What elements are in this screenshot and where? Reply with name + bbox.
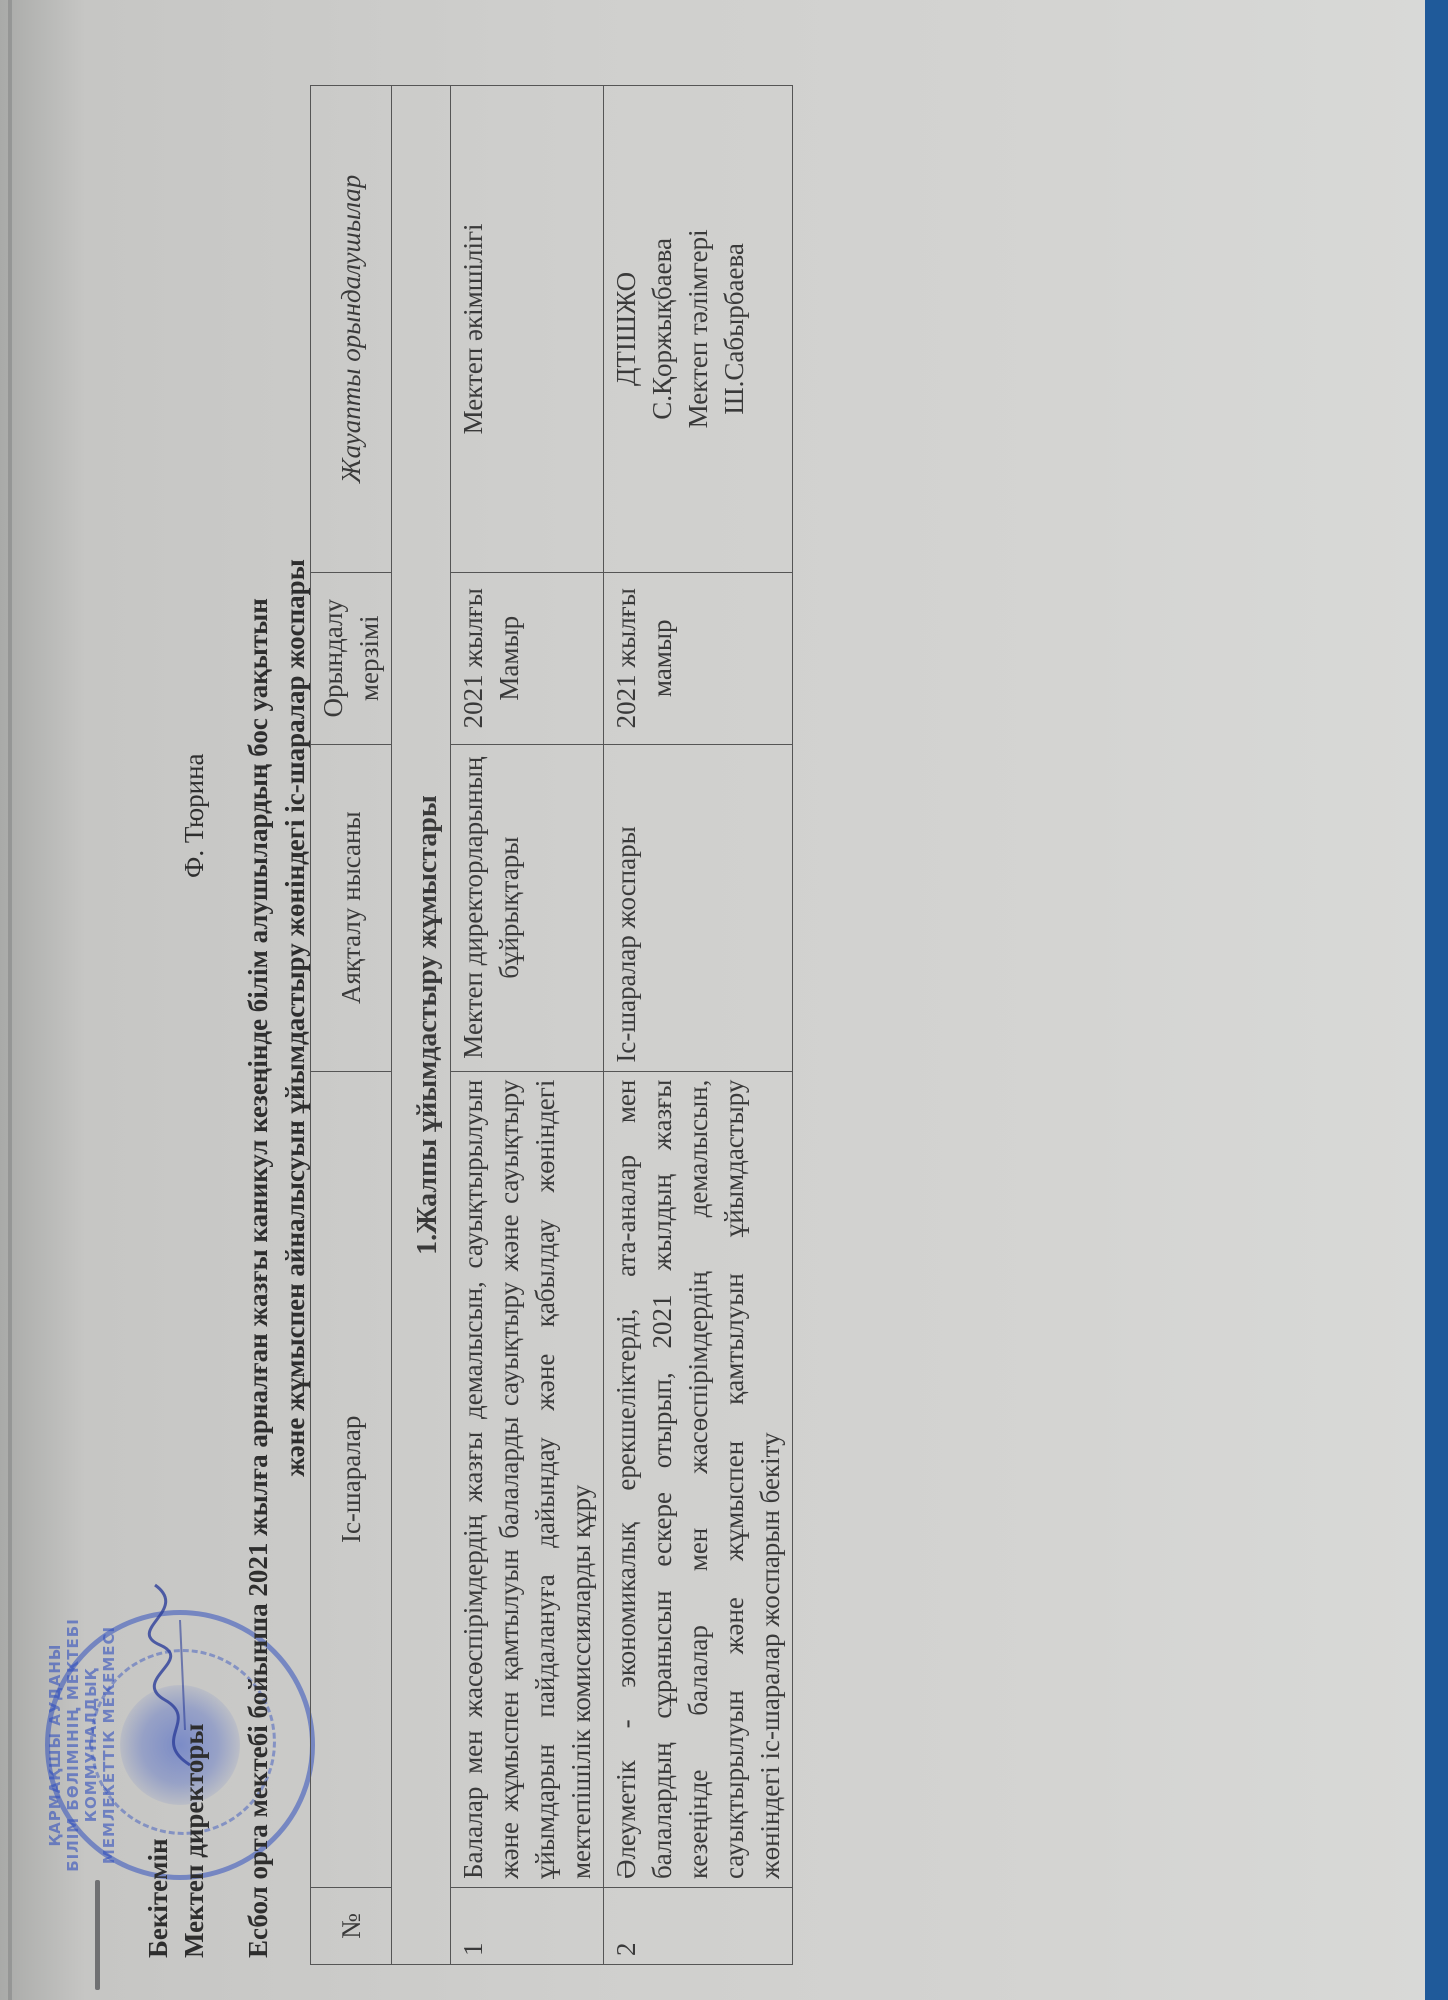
row-num: 2 xyxy=(604,1888,793,1965)
row-responsible: ДТІШЖО С.Қоржықбаева Мектеп тәлімгері Ш.… xyxy=(604,86,793,573)
row-responsible: Мектеп әкімшілігі xyxy=(451,86,604,573)
title-line-1: Есбол орта мектебі бойынша 2021 жылға ар… xyxy=(243,598,273,1958)
director-name: Ф. Тюрина xyxy=(176,753,212,878)
header-responsible: Жауапты орындалушылар xyxy=(311,86,392,573)
row-activity: Әлеуметік - экономикалық ерекшеліктерді,… xyxy=(604,1071,793,1887)
row-completion-form: Мектеп директорларының бұйрықтары xyxy=(451,744,604,1071)
section-title: 1.Жалпы ұйымдастыру жұмыстары xyxy=(392,86,451,1965)
row-deadline: 2021 жылғы мамыр xyxy=(604,572,793,744)
row-deadline: 2021 жылғы Мамыр xyxy=(451,572,604,744)
approve-label: Бекітемін xyxy=(140,1724,176,1959)
director-label: Мектеп директоры xyxy=(176,1724,212,1959)
approval-block: Бекітемін Мектеп директоры Ф. Тюрина xyxy=(140,1724,212,1959)
row-completion-form: Іс-шаралар жоспары xyxy=(604,744,793,1071)
section-row: 1.Жалпы ұйымдастыру жұмыстары xyxy=(392,86,451,1965)
table-row: 1 Балалар мен жасөспірімдердің жазғы дем… xyxy=(451,86,604,1965)
row-activity: Балалар мен жасөспірімдердің жазғы демал… xyxy=(451,1071,604,1887)
header-activity: Іс-шаралар xyxy=(311,1071,392,1887)
header-num: № xyxy=(311,1888,392,1965)
row-num: 1 xyxy=(451,1888,604,1965)
table-row: 2 Әлеуметік - экономикалық ерекшеліктерд… xyxy=(604,86,793,1965)
activities-table: № Іс-шаралар Аяқталу нысаны Орындалу мер… xyxy=(310,85,793,1965)
table-header-row: № Іс-шаралар Аяқталу нысаны Орындалу мер… xyxy=(311,86,392,1965)
header-completion-form: Аяқталу нысаны xyxy=(311,744,392,1071)
header-deadline: Орындалу мерзімі xyxy=(311,572,392,744)
document-page: ҚАРМАҚШЫ АУДАНЫ БІЛІМ БӨЛІМІНІҢ МЕКТЕБІ … xyxy=(0,0,1425,2000)
document-title: Есбол орта мектебі бойынша 2021 жылға ар… xyxy=(240,78,314,1958)
title-line-2: және жұмыспен айналысуын ұйымдастыру жөн… xyxy=(277,78,314,1958)
